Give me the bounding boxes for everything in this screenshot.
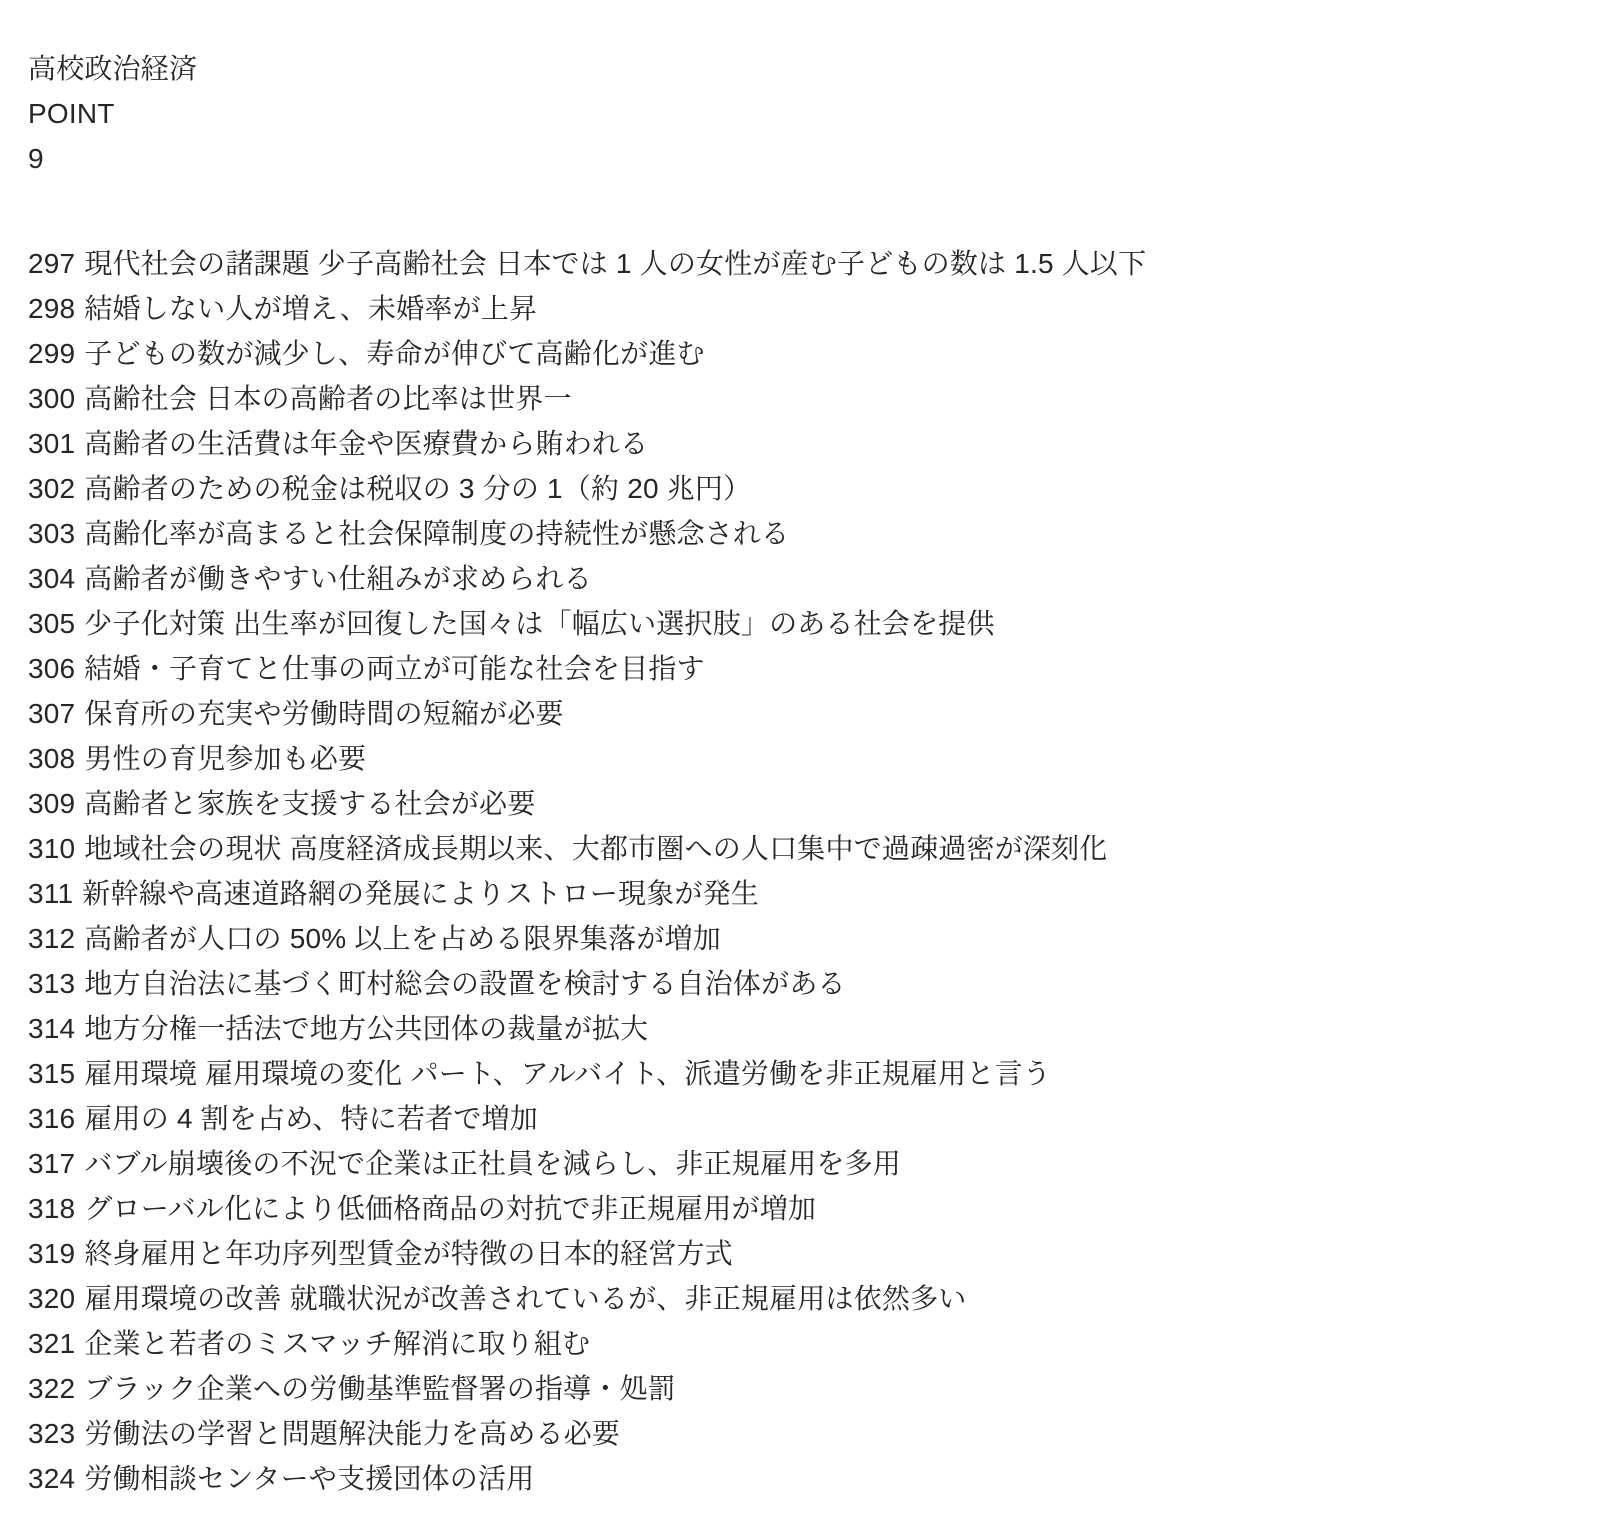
note-line: 297現代社会の諸課題 少子高齢社会 日本では 1 人の女性が産む子どもの数は …: [28, 241, 1570, 286]
note-text: 雇用の 4 割を占め、特に若者で増加: [84, 1103, 538, 1134]
note-line: 301高齢者の生活費は年金や医療費から賄われる: [28, 421, 1570, 466]
note-number: 306: [28, 653, 75, 684]
note-line: 322ブラック企業への労働基準監督署の指導・処罰: [28, 1366, 1570, 1411]
note-number: 319: [28, 1238, 75, 1269]
note-line: 298結婚しない人が増え、未婚率が上昇: [28, 286, 1570, 331]
note-text: 労働相談センターや支援団体の活用: [84, 1463, 534, 1494]
note-number: 313: [28, 968, 75, 999]
note-text: 雇用環境 雇用環境の変化 パート、アルバイト、派遣労働を非正規雇用と言う: [84, 1058, 1051, 1089]
note-line: 314地方分権一括法で地方公共団体の裁量が拡大: [28, 1006, 1570, 1051]
note-text: 高齢者と家族を支援する社会が必要: [84, 788, 535, 819]
note-text: グローバル化により低価格商品の対抗で非正規雇用が増加: [84, 1193, 816, 1224]
note-text: 高齢社会 日本の高齢者の比率は世界一: [84, 383, 571, 414]
course-title: 高校政治経済: [28, 46, 1570, 91]
note-number: 305: [28, 608, 75, 639]
note-line: 316雇用の 4 割を占め、特に若者で増加: [28, 1096, 1570, 1141]
note-text: 高齢者の生活費は年金や医療費から賄われる: [84, 428, 648, 459]
note-number: 314: [28, 1013, 75, 1044]
note-text: 結婚・子育てと仕事の両立が可能な社会を目指す: [84, 653, 704, 684]
note-number: 321: [28, 1328, 75, 1359]
note-line: 313地方自治法に基づく町村総会の設置を検討する自治体がある: [28, 961, 1570, 1006]
note-line: 321企業と若者のミスマッチ解消に取り組む: [28, 1321, 1570, 1366]
note-number: 324: [28, 1463, 75, 1494]
note-line: 317バブル崩壊後の不況で企業は正社員を減らし、非正規雇用を多用: [28, 1141, 1570, 1186]
note-text: 男性の育児参加も必要: [84, 743, 366, 774]
note-number: 297: [28, 248, 75, 279]
note-number: 302: [28, 473, 75, 504]
note-number: 315: [28, 1058, 75, 1089]
note-number: 320: [28, 1283, 75, 1314]
note-text: 結婚しない人が増え、未婚率が上昇: [84, 293, 537, 324]
note-number: 299: [28, 338, 75, 369]
note-text: ブラック企業への労働基準監督署の指導・処罰: [84, 1373, 676, 1404]
note-number: 310: [28, 833, 75, 864]
section-label: POINT: [28, 91, 1570, 136]
note-line: 304高齢者が働きやすい仕組みが求められる: [28, 556, 1570, 601]
note-line: 307保育所の充実や労働時間の短縮が必要: [28, 691, 1570, 736]
note-text: 地域社会の現状 高度経済成長期以来、大都市圏への人口集中で過疎過密が深刻化: [84, 833, 1107, 864]
note-number: 303: [28, 518, 75, 549]
note-text: バブル崩壊後の不況で企業は正社員を減らし、非正規雇用を多用: [84, 1148, 901, 1179]
note-line: 320雇用環境の改善 就職状況が改善されているが、非正規雇用は依然多い: [28, 1276, 1570, 1321]
note-line: 303高齢化率が高まると社会保障制度の持続性が懸念される: [28, 511, 1570, 556]
note-line: 310地域社会の現状 高度経済成長期以来、大都市圏への人口集中で過疎過密が深刻化: [28, 826, 1570, 871]
note-number: 301: [28, 428, 75, 459]
note-text: 現代社会の諸課題 少子高齢社会 日本では 1 人の女性が産む子どもの数は 1.5…: [84, 248, 1146, 279]
note-text: 終身雇用と年功序列型賃金が特徴の日本的経営方式: [84, 1238, 733, 1269]
note-line: 315雇用環境 雇用環境の変化 パート、アルバイト、派遣労働を非正規雇用と言う: [28, 1051, 1570, 1096]
note-number: 308: [28, 743, 75, 774]
note-line: 302高齢者のための税金は税収の 3 分の 1（約 20 兆円）: [28, 466, 1570, 511]
note-number: 309: [28, 788, 75, 819]
note-text: 企業と若者のミスマッチ解消に取り組む: [84, 1328, 590, 1359]
note-number: 317: [28, 1148, 75, 1179]
header-body-gap: [28, 181, 1570, 241]
note-line: 300高齢社会 日本の高齢者の比率は世界一: [28, 376, 1570, 421]
document-page: 高校政治経済 POINT 9 297現代社会の諸課題 少子高齢社会 日本では 1…: [0, 0, 1600, 1536]
note-line: 319終身雇用と年功序列型賃金が特徴の日本的経営方式: [28, 1231, 1570, 1276]
document-header: 高校政治経済 POINT 9: [28, 46, 1570, 181]
note-text: 保育所の充実や労働時間の短縮が必要: [84, 698, 563, 729]
note-line: 324労働相談センターや支援団体の活用: [28, 1456, 1570, 1501]
note-line: 323労働法の学習と問題解決能力を高める必要: [28, 1411, 1570, 1456]
note-text: 地方自治法に基づく町村総会の設置を検討する自治体がある: [84, 968, 845, 999]
note-text: 新幹線や高速道路網の発展によりストロー現象が発生: [82, 878, 759, 909]
note-text: 高齢者が人口の 50% 以上を占める限界集落が増加: [84, 923, 721, 954]
note-text: 地方分権一括法で地方公共団体の裁量が拡大: [84, 1013, 648, 1044]
note-line: 308男性の育児参加も必要: [28, 736, 1570, 781]
note-number: 316: [28, 1103, 75, 1134]
note-text: 高齢者が働きやすい仕組みが求められる: [84, 563, 592, 594]
note-line: 312高齢者が人口の 50% 以上を占める限界集落が増加: [28, 916, 1570, 961]
note-line: 305少子化対策 出生率が回復した国々は「幅広い選択肢」のある社会を提供: [28, 601, 1570, 646]
note-number: 318: [28, 1193, 75, 1224]
note-text: 雇用環境の改善 就職状況が改善されているが、非正規雇用は依然多い: [84, 1283, 966, 1314]
note-line: 311新幹線や高速道路網の発展によりストロー現象が発生: [28, 871, 1570, 916]
note-number: 300: [28, 383, 75, 414]
note-number: 323: [28, 1418, 75, 1449]
note-number: 298: [28, 293, 75, 324]
note-text: 労働法の学習と問題解決能力を高める必要: [84, 1418, 620, 1449]
note-line: 318グローバル化により低価格商品の対抗で非正規雇用が増加: [28, 1186, 1570, 1231]
note-text: 高齢化率が高まると社会保障制度の持続性が懸念される: [84, 518, 789, 549]
note-line: 306結婚・子育てと仕事の両立が可能な社会を目指す: [28, 646, 1570, 691]
section-number: 9: [28, 136, 1570, 181]
note-text: 少子化対策 出生率が回復した国々は「幅広い選択肢」のある社会を提供: [84, 608, 994, 639]
note-line: 299子どもの数が減少し、寿命が伸びて高齢化が進む: [28, 331, 1570, 376]
note-number: 311: [28, 878, 73, 909]
note-text: 子どもの数が減少し、寿命が伸びて高齢化が進む: [84, 338, 704, 369]
note-text: 高齢者のための税金は税収の 3 分の 1（約 20 兆円）: [84, 473, 751, 504]
note-number: 307: [28, 698, 75, 729]
note-number: 304: [28, 563, 75, 594]
note-number: 312: [28, 923, 75, 954]
note-number: 322: [28, 1373, 75, 1404]
note-line: 309高齢者と家族を支援する社会が必要: [28, 781, 1570, 826]
notes-list: 297現代社会の諸課題 少子高齢社会 日本では 1 人の女性が産む子どもの数は …: [28, 241, 1570, 1501]
